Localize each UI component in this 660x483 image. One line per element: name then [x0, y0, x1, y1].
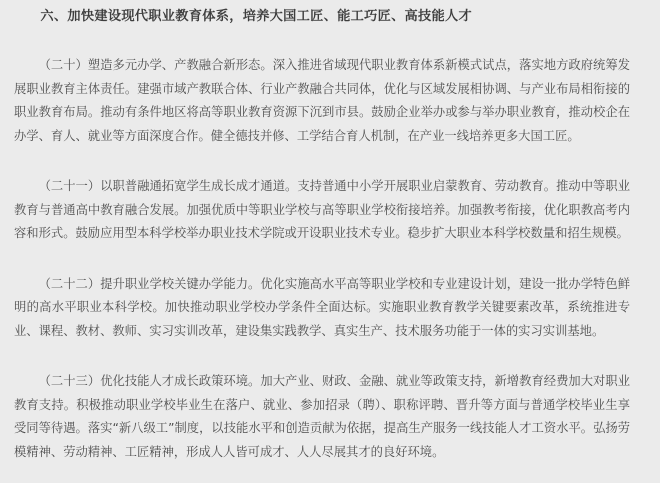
- paragraph-20: （二十）塑造多元办学、产教融合新形态。深入推进省域现代职业教育体系新模式试点，落…: [14, 54, 630, 148]
- document-page: 六、加快建设现代职业教育体系，培养大国工匠、能工巧匠、高技能人才 （二十）塑造多…: [0, 0, 660, 483]
- paragraph-21: （二十一）以职普融通拓宽学生成长成才通道。支持普通中小学开展职业启蒙教育、劳动教…: [14, 175, 630, 246]
- paragraph-22: （二十二）提升职业学校关键办学能力。优化实施高水平高等职业学校和专业建设计划，建…: [14, 273, 630, 344]
- paragraph-23: （二十三）优化技能人才成长政策环境。加大产业、财政、金融、就业等政策支持，新增教…: [14, 370, 630, 464]
- section-heading: 六、加快建设现代职业教育体系，培养大国工匠、能工巧匠、高技能人才: [14, 6, 630, 28]
